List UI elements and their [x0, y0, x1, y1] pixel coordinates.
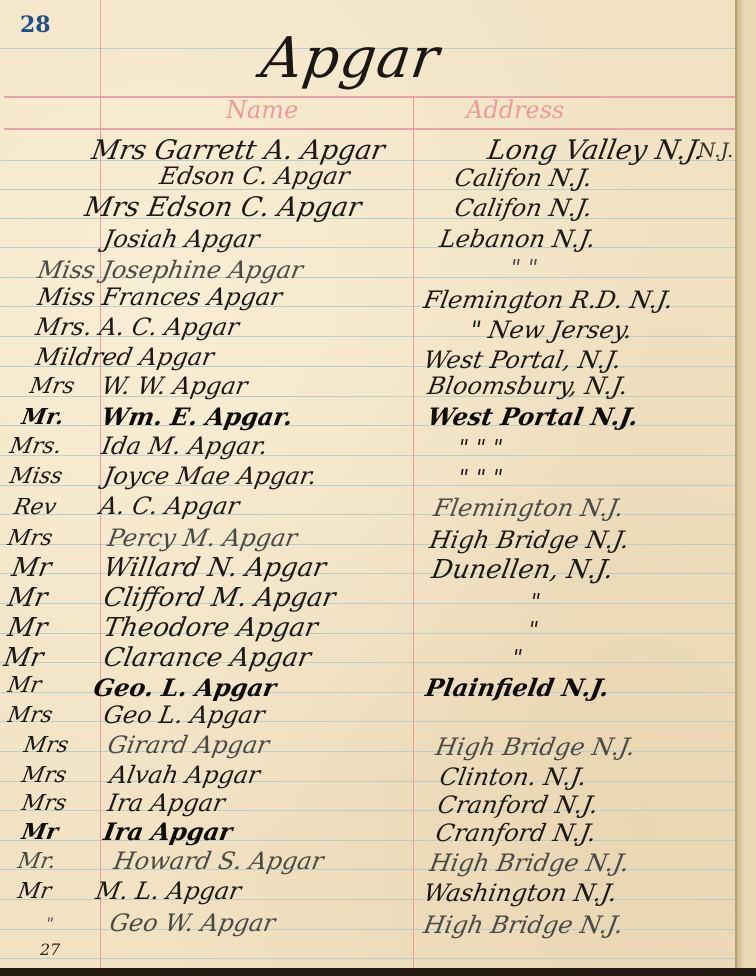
entry-prefix: Mrs: [20, 763, 69, 788]
entry-prefix: Mr: [5, 583, 49, 613]
page-bottom-shadow: [0, 968, 756, 976]
entry-name: Geo W. Apgar: [108, 909, 278, 937]
header-rule-bottom: [4, 128, 740, 130]
ruled-line: [0, 958, 740, 959]
ledger-page: 28 Apgar Name Address Rev Mrs Garrett A.…: [0, 0, 756, 968]
entry-name: Ida M. Apgar.: [100, 432, 270, 460]
entry-name: Miss Frances Apgar: [36, 283, 285, 311]
column-divider-line: [413, 96, 414, 968]
entry-address: Clinton. N.J.: [438, 763, 589, 791]
entry-name: W. W. Apgar: [100, 372, 250, 400]
entry-address: Califon N.J.: [453, 194, 595, 222]
ruled-line: [0, 869, 740, 870]
entry-prefix: Mrs: [6, 526, 55, 551]
page-number: 28: [20, 12, 51, 38]
entry-address: High Bridge N.J.: [422, 911, 626, 939]
column-header-address: Address: [466, 96, 564, 124]
entry-address: West Portal, N.J.: [422, 346, 624, 374]
entry-address: Califon N.J.: [453, 164, 595, 192]
entry-address: Cranford N.J.: [434, 819, 599, 847]
entry-address: " " ": [456, 466, 505, 491]
entry-name: M. L. Apgar: [94, 877, 244, 905]
margin-note: N.J.: [698, 138, 733, 162]
entry-name: Clifford M. Apgar: [101, 583, 337, 613]
entry-prefix: Mrs: [22, 733, 71, 758]
entry-address: ": [526, 618, 541, 643]
entry-name: Girard Apgar: [106, 731, 272, 759]
entry-prefix: Mr: [9, 553, 53, 583]
entry-prefix: Rev: [12, 495, 58, 520]
entry-name: Alvah Apgar: [108, 761, 263, 789]
entry-address: " New Jersey.: [468, 316, 635, 344]
entry-address: Bloomsbury, N.J.: [426, 372, 631, 400]
entry-prefix: Miss: [8, 464, 65, 489]
entry-name: Clarance Apgar: [101, 643, 313, 673]
header-rule-top: [4, 96, 740, 98]
entry-address: ": [510, 646, 525, 671]
entry-name: Wm. E. Apgar.: [99, 402, 295, 431]
entry-name: Geo. L. Apgar: [91, 673, 278, 702]
entry-name: Howard S. Apgar: [112, 847, 326, 875]
entry-count: 27: [40, 940, 60, 959]
entry-address: High Bridge N.J.: [428, 526, 632, 554]
entry-address: Dunellen, N.J.: [429, 555, 615, 585]
entry-name: Edson C. Apgar: [158, 162, 352, 190]
entry-address: West Portal N.J.: [425, 402, 640, 431]
entry-prefix: Mr: [5, 613, 49, 643]
entry-address: " ": [508, 256, 540, 281]
entry-name: Willard N. Apgar: [101, 553, 328, 583]
entry-name: Joyce Mae Apgar.: [102, 462, 319, 490]
column-header-name: Name: [226, 96, 298, 124]
entry-prefix: Mrs.: [8, 434, 64, 459]
entry-address: Cranford N.J.: [436, 791, 601, 819]
entry-address: Long Valley N.J.: [485, 135, 706, 166]
entry-address: Flemington R.D. N.J.: [422, 286, 676, 314]
entry-name: Mrs. A. C. Apgar: [34, 313, 242, 341]
entry-prefix: Mr: [20, 819, 61, 845]
entry-address: High Bridge N.J.: [434, 733, 638, 761]
entry-prefix: Mr: [16, 879, 53, 904]
ruled-line: [0, 189, 740, 190]
entry-name: Geo L. Apgar: [102, 701, 267, 729]
entry-address: Plainfield N.J.: [423, 673, 611, 702]
entry-address: Lebanon N.J.: [438, 225, 598, 253]
entry-prefix: Mr: [6, 673, 43, 698]
entry-name: Ira Apgar: [106, 789, 228, 817]
entry-prefix: Mrs: [28, 374, 77, 399]
entry-prefix: Mr: [1, 643, 45, 673]
surname-heading: Apgar: [257, 26, 443, 91]
entry-name: Mrs Edson C. Apgar: [82, 192, 363, 223]
entry-name: Mildred Apgar: [34, 343, 217, 371]
entry-name: Percy M. Apgar: [106, 524, 300, 552]
entry-name: Theodore Apgar: [101, 613, 320, 643]
entry-address: High Bridge N.J.: [428, 849, 632, 877]
entry-address: Washington N.J.: [422, 879, 620, 907]
entry-name: Ira Apgar: [101, 817, 234, 846]
page-binding-edge: [737, 0, 756, 968]
entry-prefix: ": [44, 914, 55, 933]
entry-address: Flemington N.J.: [432, 494, 626, 522]
entry-prefix: Mr.: [20, 404, 66, 430]
entry-address: " " ": [456, 436, 505, 461]
entry-prefix: Mrs: [20, 791, 69, 816]
entry-prefix: Mr.: [16, 849, 58, 874]
entry-name: A. C. Apgar: [98, 492, 242, 520]
entry-name: Miss Josephine Apgar: [36, 256, 306, 284]
entry-prefix: Mrs: [6, 703, 55, 728]
entry-name: Josiah Apgar: [102, 225, 262, 253]
